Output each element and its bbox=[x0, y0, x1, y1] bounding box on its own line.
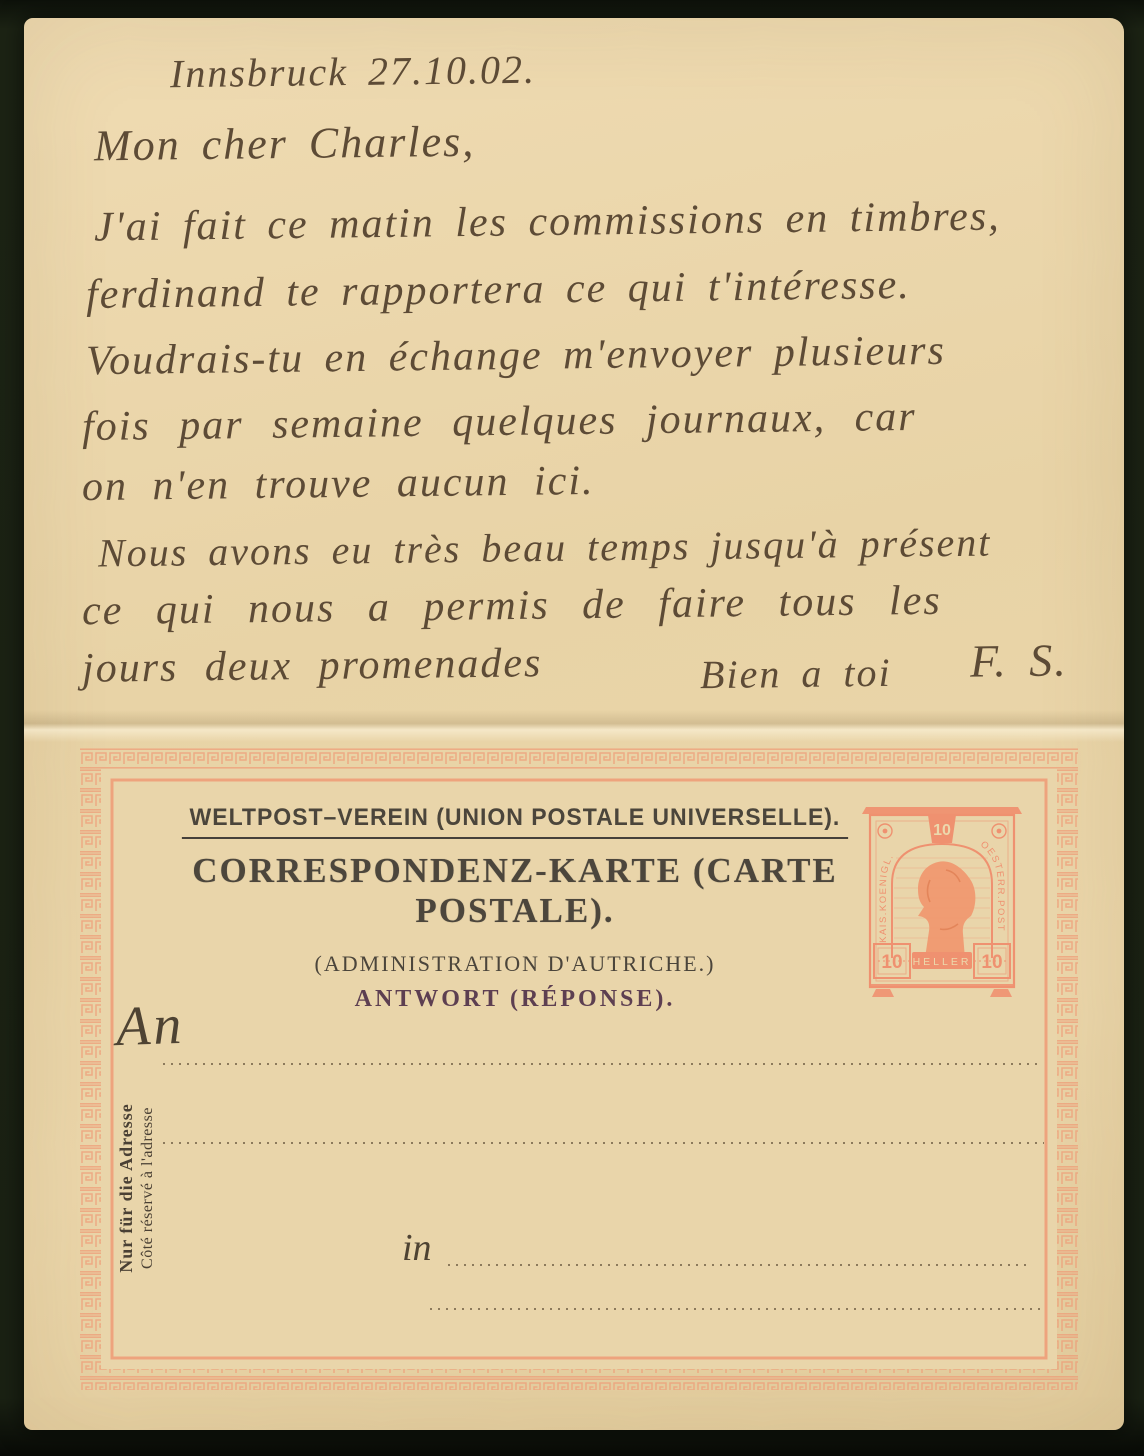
handwritten-line: Nous avons eu très beau temps jusqu'à pr… bbox=[98, 519, 992, 577]
handwritten-line: ferdinand te rapportera ce qui t'intéres… bbox=[86, 261, 911, 319]
scanned-postcard-image: { "letter": { "dateline": "Innsbruck 27.… bbox=[0, 0, 1144, 1456]
postcard-paper: Innsbruck 27.10.02. Mon cher Charles, J'… bbox=[24, 18, 1124, 1430]
stamp-value-right: 10 bbox=[981, 952, 1002, 973]
stamp-currency-label: HELLER bbox=[913, 956, 972, 968]
address-line-1 bbox=[163, 1063, 1040, 1065]
reply-card: WELTPOST–VEREIN (UNION POSTALE UNIVERSEL… bbox=[80, 748, 1078, 1390]
imprinted-stamp: 10 KAIS.KOENIGL. OESTERR.POST 10 10 bbox=[858, 800, 1026, 1002]
handwritten-closing: Bien a toi bbox=[700, 649, 892, 698]
card-headings: WELTPOST–VEREIN (UNION POSTALE UNIVERSEL… bbox=[110, 804, 920, 1013]
stamp-cornice bbox=[862, 807, 1022, 814]
antwort-reponse-line: ANTWORT (RÉPONSE). bbox=[110, 986, 920, 1013]
handwritten-line: Voudrais-tu en échange m'envoyer plusieu… bbox=[86, 327, 946, 386]
administration-line: (ADMINISTRATION D'AUTRICHE.) bbox=[110, 951, 920, 977]
handwritten-salutation: Mon cher Charles, bbox=[94, 116, 476, 172]
address-line-4 bbox=[430, 1308, 1040, 1310]
union-postale-heading: WELTPOST–VEREIN (UNION POSTALE UNIVERSEL… bbox=[182, 804, 848, 839]
handwritten-signature: F. S. bbox=[970, 633, 1068, 687]
svg-text:KAIS.KOENIGL.: KAIS.KOENIGL. bbox=[878, 851, 897, 942]
side-note-german: Nur für die Adresse bbox=[116, 1028, 137, 1348]
fold-crease bbox=[24, 710, 1124, 742]
address-line-3 bbox=[448, 1264, 1032, 1266]
handwritten-line: jours deux promenades bbox=[82, 639, 543, 693]
locality-prefix-in: in bbox=[402, 1226, 432, 1270]
address-line-2 bbox=[163, 1142, 1044, 1144]
handwritten-line: ce qui nous a permis de faire tous les bbox=[82, 577, 942, 635]
stamp-value-left: 10 bbox=[881, 952, 902, 973]
handwritten-line: on n'en trouve aucun ici. bbox=[82, 457, 595, 511]
handwritten-line: J'ai fait ce matin les commissions en ti… bbox=[94, 192, 1001, 251]
emperor-portrait bbox=[918, 861, 975, 963]
handwritten-dateline: Innsbruck 27.10.02. bbox=[170, 46, 537, 97]
handwritten-line: fois par semaine quelques journaux, car bbox=[82, 393, 917, 451]
correspondenz-karte-title: CORRESPONDENZ-KARTE (CARTE POSTALE). bbox=[110, 851, 920, 931]
stamp-value-top: 10 bbox=[933, 822, 951, 839]
side-note-rotated: Nur für die Adresse Côté réservé à l'adr… bbox=[116, 1028, 158, 1348]
stamp-inscription-left: KAIS.KOENIGL. bbox=[878, 851, 897, 942]
side-note-french: Côté réservé à l'adresse bbox=[137, 1028, 158, 1348]
